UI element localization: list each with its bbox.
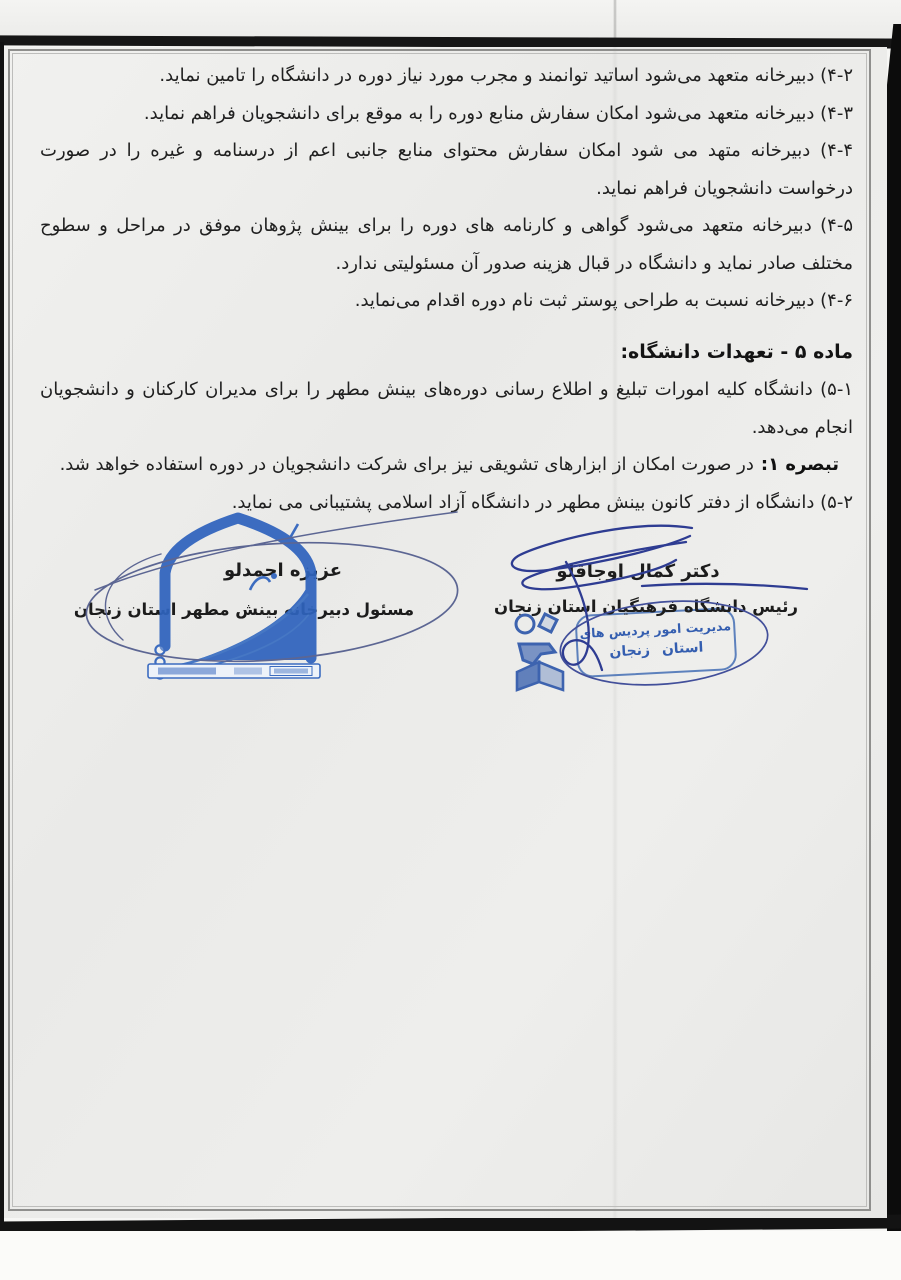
scan-edge-right <box>887 24 901 1240</box>
note-1: تبصره ۱:در صورت امکان از ابزارهای تشویقی… <box>40 446 853 484</box>
note-1-text: در صورت امکان از ابزارهای تشویقی نیز برا… <box>60 454 754 475</box>
scan-top-margin <box>0 0 901 38</box>
clause-4-2: ۴-۲) دبیرخانه متعهد می‌شود اساتید توانمن… <box>40 57 853 95</box>
clause-4-5: ۴-۵) دبیرخانه متعهد می‌شود گواهی و کارنا… <box>40 207 853 282</box>
paper-fold-crease <box>613 0 617 38</box>
handwritten-signature-left <box>75 520 470 685</box>
scanned-document-photo: { "document": { "clauses": [ "۴-۲) دبیرخ… <box>0 0 901 1280</box>
clause-4-3: ۴-۳) دبیرخانه متعهد می‌شود امکان سفارش م… <box>40 95 853 133</box>
article-5-heading: ماده ۵ - تعهدات دانشگاه: <box>40 334 853 372</box>
scan-bottom-margin <box>0 1231 901 1280</box>
note-1-label: تبصره ۱: <box>761 454 839 475</box>
clause-4-4: ۴-۴) دبیرخانه متهد می شود امکان سفارش مح… <box>40 132 853 207</box>
clause-5-1: ۵-۱) دانشگاه کلیه امورات تبلیغ و اطلاع ر… <box>40 371 853 446</box>
pen-oval-right <box>550 590 780 700</box>
contract-body: ۴-۲) دبیرخانه متعهد می‌شود اساتید توانمن… <box>40 57 853 521</box>
clause-4-6: ۴-۶) دبیرخانه نسبت به طراحی پوستر ثبت نا… <box>40 282 853 320</box>
